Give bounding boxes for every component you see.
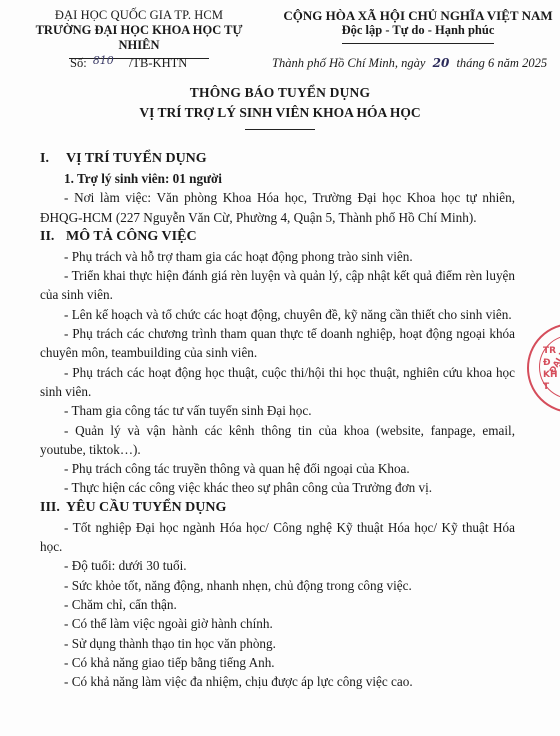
list-item: - Sức khỏe tốt, năng động, nhanh nhẹn, c… xyxy=(40,576,515,595)
list-item: - Lên kế hoạch và tổ chức các hoạt động,… xyxy=(40,305,515,324)
title-line-1: THÔNG BÁO TUYỂN DỤNG xyxy=(0,84,560,102)
nation-name: CỘNG HÒA XÃ HỘI CHỦ NGHĨA VIỆT NAM xyxy=(282,8,554,23)
national-motto: Độc lập - Tự do - Hạnh phúc xyxy=(282,23,554,38)
national-header: CỘNG HÒA XÃ HỘI CHỦ NGHĨA VIỆT NAM Độc l… xyxy=(282,8,554,44)
document-title: THÔNG BÁO TUYỂN DỤNG VỊ TRÍ TRỢ LÝ SINH … xyxy=(0,84,560,130)
section-title: MÔ TẢ CÔNG VIỆC xyxy=(66,229,197,244)
place-date-prefix: Thành phố Hồ Chí Minh, ngày xyxy=(272,56,425,70)
list-item: - Có thể làm việc ngoài giờ hành chính. xyxy=(40,614,515,633)
issuer-header: ĐẠI HỌC QUỐC GIA TP. HCM TRƯỜNG ĐẠI HỌC … xyxy=(14,8,264,59)
list-item: - Có khả năng giao tiếp bằng tiếng Anh. xyxy=(40,653,515,672)
list-item: - Tham gia công tác tư vấn tuyển sinh Đạ… xyxy=(40,401,515,420)
seal-center-text: TR Đ KH T xyxy=(543,345,558,393)
list-item: - Phụ trách các hoạt động học thuật, cuộ… xyxy=(40,363,515,402)
document-page: ĐẠI HỌC QUỐC GIA TP. HCM TRƯỜNG ĐẠI HỌC … xyxy=(0,0,560,736)
school-name: TRƯỜNG ĐẠI HỌC KHOA HỌC TỰ NHIÊN xyxy=(14,23,264,53)
university-name: ĐẠI HỌC QUỐC GIA TP. HCM xyxy=(14,8,264,23)
handwritten-day: 20 xyxy=(433,56,450,70)
section-heading-requirements: III.YÊU CẦU TUYỂN DỤNG xyxy=(40,498,515,518)
seal-line: T xyxy=(543,381,558,393)
doc-number-label: Số: xyxy=(70,56,87,70)
list-item: - Triển khai thực hiện đánh giá rèn luyệ… xyxy=(40,266,515,305)
document-body: I.VỊ TRÍ TUYỂN DỤNG 1. Trợ lý sinh viên:… xyxy=(40,149,515,691)
title-line-2: VỊ TRÍ TRỢ LÝ SINH VIÊN KHOA HÓA HỌC xyxy=(0,104,560,122)
list-item: - Tốt nghiệp Đại học ngành Hóa học/ Công… xyxy=(40,518,515,557)
place-date-suffix: tháng 6 năm 2025 xyxy=(456,56,547,70)
section-heading-job-description: II.MÔ TẢ CÔNG VIỆC xyxy=(40,227,515,247)
position-subheading: 1. Trợ lý sinh viên: 01 người xyxy=(40,169,515,188)
document-number: Số: 810 /TB-KHTN xyxy=(70,55,187,72)
list-item: - Có khả năng làm việc đa nhiệm, chịu đư… xyxy=(40,672,515,691)
official-seal-stamp: ĐẠI HỌC QUỐC TR Đ KH T xyxy=(527,323,560,413)
list-item: - Độ tuổi: dưới 30 tuổi. xyxy=(40,556,515,575)
section-number: I. xyxy=(40,149,66,169)
section-number: II. xyxy=(40,227,66,247)
list-item: - Chăm chỉ, cẩn thận. xyxy=(40,595,515,614)
header-right-divider xyxy=(342,43,494,44)
list-item: - Phụ trách công tác truyền thông và qua… xyxy=(40,459,515,478)
seal-line: Đ xyxy=(543,357,558,369)
doc-number-handwritten: 810 xyxy=(93,54,114,67)
list-item: - Thực hiện các công việc khác theo sự p… xyxy=(40,478,515,497)
list-item: - Quản lý và vận hành các kênh thông tin… xyxy=(40,421,515,460)
title-divider xyxy=(245,129,315,130)
section-title: VỊ TRÍ TUYỂN DỤNG xyxy=(66,151,207,166)
section-number: III. xyxy=(40,498,66,518)
section-title: YÊU CẦU TUYỂN DỤNG xyxy=(66,500,226,515)
section-heading-position: I.VỊ TRÍ TUYỂN DỤNG xyxy=(40,149,515,169)
doc-number-suffix: /TB-KHTN xyxy=(129,56,187,70)
list-item: - Sử dụng thành thạo tin học văn phòng. xyxy=(40,634,515,653)
place-and-date: Thành phố Hồ Chí Minh, ngày 20 tháng 6 n… xyxy=(272,55,547,71)
seal-line: KH xyxy=(543,369,558,381)
list-item: - Phụ trách các chương trình tham quan t… xyxy=(40,324,515,363)
list-item: - Nơi làm việc: Văn phòng Khoa Hóa học, … xyxy=(40,188,515,227)
list-item: - Phụ trách và hỗ trợ tham gia các hoạt … xyxy=(40,247,515,266)
seal-line: TR xyxy=(543,345,558,357)
